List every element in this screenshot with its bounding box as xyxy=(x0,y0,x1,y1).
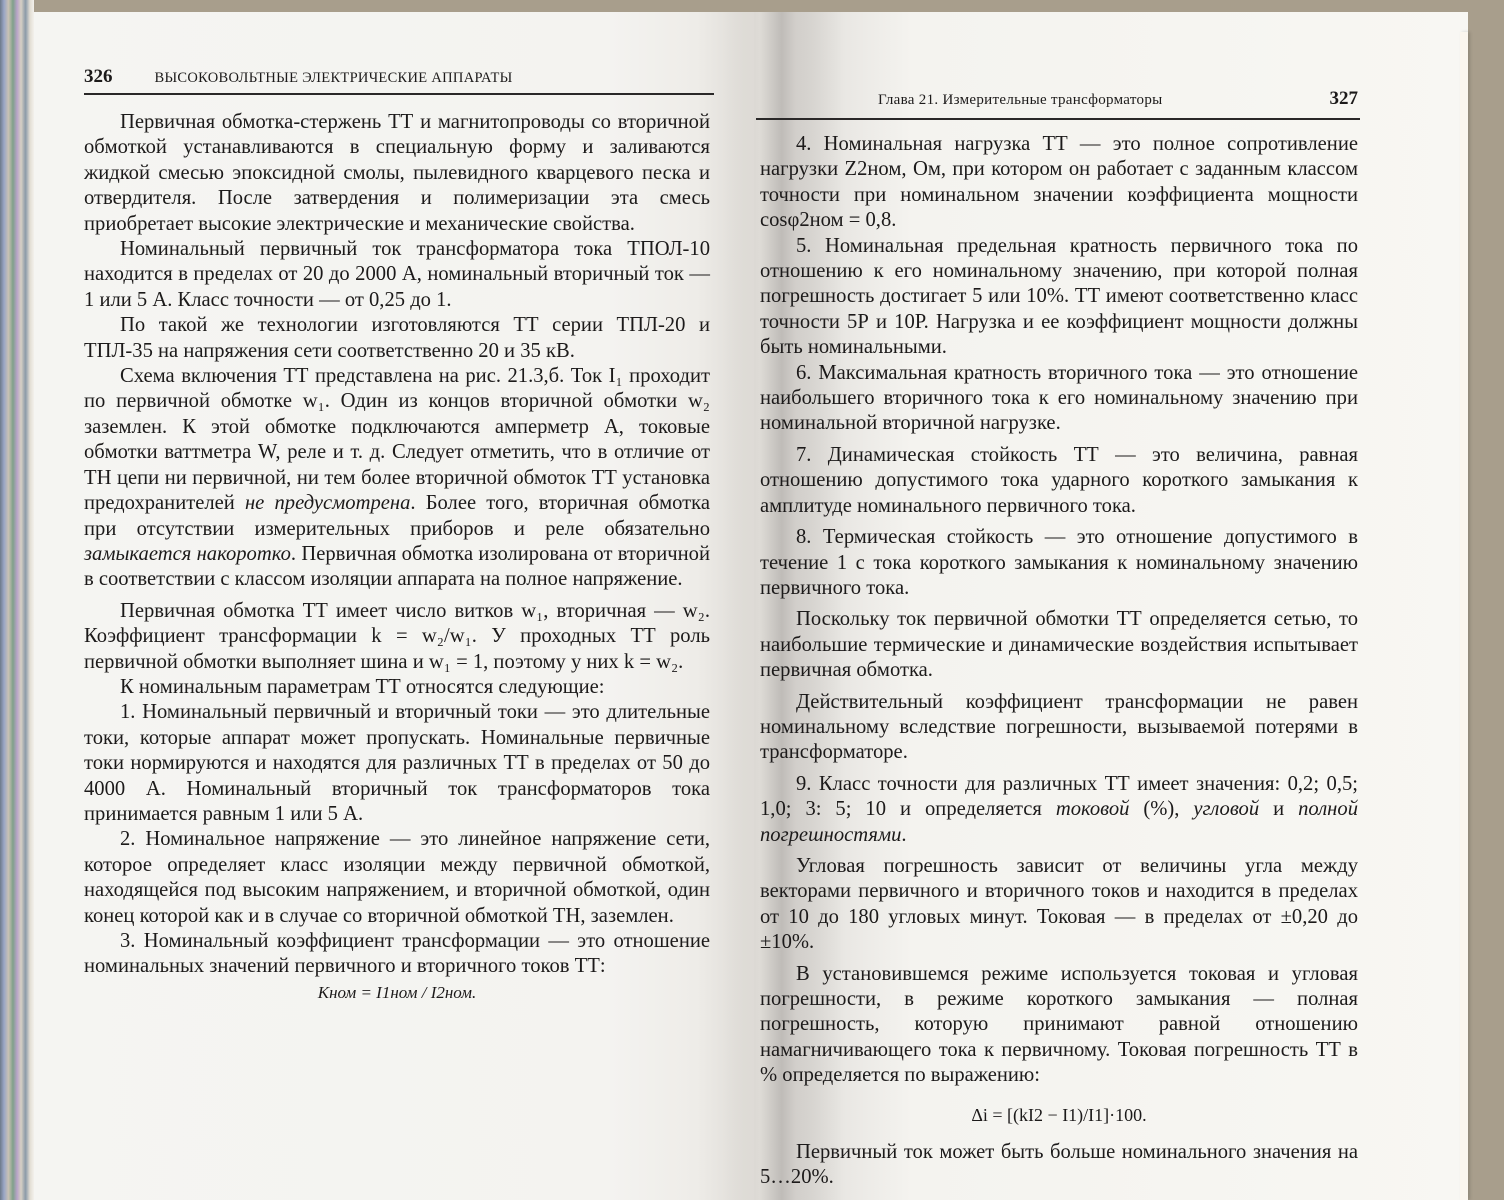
italic-run: не предусмотрена xyxy=(245,492,410,514)
right-page-number: 327 xyxy=(1330,88,1359,110)
paragraph: По такой же технологии изготовляются ТТ … xyxy=(84,313,710,364)
paragraph: К номинальным параметрам ТТ относятся сл… xyxy=(84,675,710,700)
right-running-title: Глава 21. Измерительные трансформаторы xyxy=(878,92,1163,109)
paragraph: Схема включения ТТ представлена на рис. … xyxy=(84,364,710,593)
list-item: 5. Номинальная предельная кратность перв… xyxy=(760,234,1358,361)
left-page-number: 326 xyxy=(84,66,113,88)
left-running-title: Высоковольтные электрические аппараты xyxy=(155,70,513,87)
left-header-rule xyxy=(84,93,714,95)
italic-run: угловой xyxy=(1193,798,1259,820)
list-item: 6. Максимальная кратность вторичного ток… xyxy=(760,361,1358,437)
italic-run: токовой xyxy=(1056,798,1130,820)
left-page-body: Первичная обмотка-стержень ТТ и магнитоп… xyxy=(84,110,710,1005)
right-header-rule xyxy=(756,118,1360,120)
book-page-edges xyxy=(0,0,34,1200)
text-run: . xyxy=(901,824,906,846)
list-item: 4. Номинальная нагрузка ТТ — это полное … xyxy=(760,132,1358,234)
paragraph: Первичная обмотка-стержень ТТ и магнитоп… xyxy=(84,110,710,237)
paragraph: Действительный коэффициент трансформации… xyxy=(760,690,1358,766)
paragraph: Первичная обмотка ТТ имеет число витков … xyxy=(84,599,710,675)
right-page-body: 4. Номинальная нагрузка ТТ — это полное … xyxy=(760,132,1358,1191)
left-page-header: 326 Высоковольтные электрические аппарат… xyxy=(84,66,714,88)
formula: Δi = [(kI2 − I1)/I1]·100. xyxy=(760,1103,1358,1128)
list-item: 7. Динамическая стойкость ТТ — это велич… xyxy=(760,443,1358,519)
right-page-header: Глава 21. Измерительные трансформаторы 3… xyxy=(758,88,1358,110)
paragraph: В установившемся режиме используется ток… xyxy=(760,962,1358,1089)
right-page-edge xyxy=(1460,32,1468,1200)
paragraph: Угловая погрешность зависит от величины … xyxy=(760,854,1358,956)
paragraph: Первичный ток может быть больше номиналь… xyxy=(760,1140,1358,1191)
list-item: 8. Термическая стойкость — это отношение… xyxy=(760,525,1358,601)
formula: Kном = I1ном / I2ном. xyxy=(84,980,710,1005)
text-run: (%), xyxy=(1143,798,1179,820)
list-item: 9. Класс точности для различных ТТ имеет… xyxy=(760,772,1358,848)
list-item: 3. Номинальный коэффициент трансформации… xyxy=(84,929,710,980)
paragraph: Поскольку ток первичной обмотки ТТ опред… xyxy=(760,607,1358,683)
italic-run: замыкается накоротко xyxy=(84,543,291,565)
paragraph: Номинальный первичный ток трансформатора… xyxy=(84,237,710,313)
text-run: и xyxy=(1273,798,1284,820)
list-item: 1. Номинальный первичный и вторичный ток… xyxy=(84,700,710,827)
list-item: 2. Номинальное напряжение — это линейное… xyxy=(84,827,710,929)
